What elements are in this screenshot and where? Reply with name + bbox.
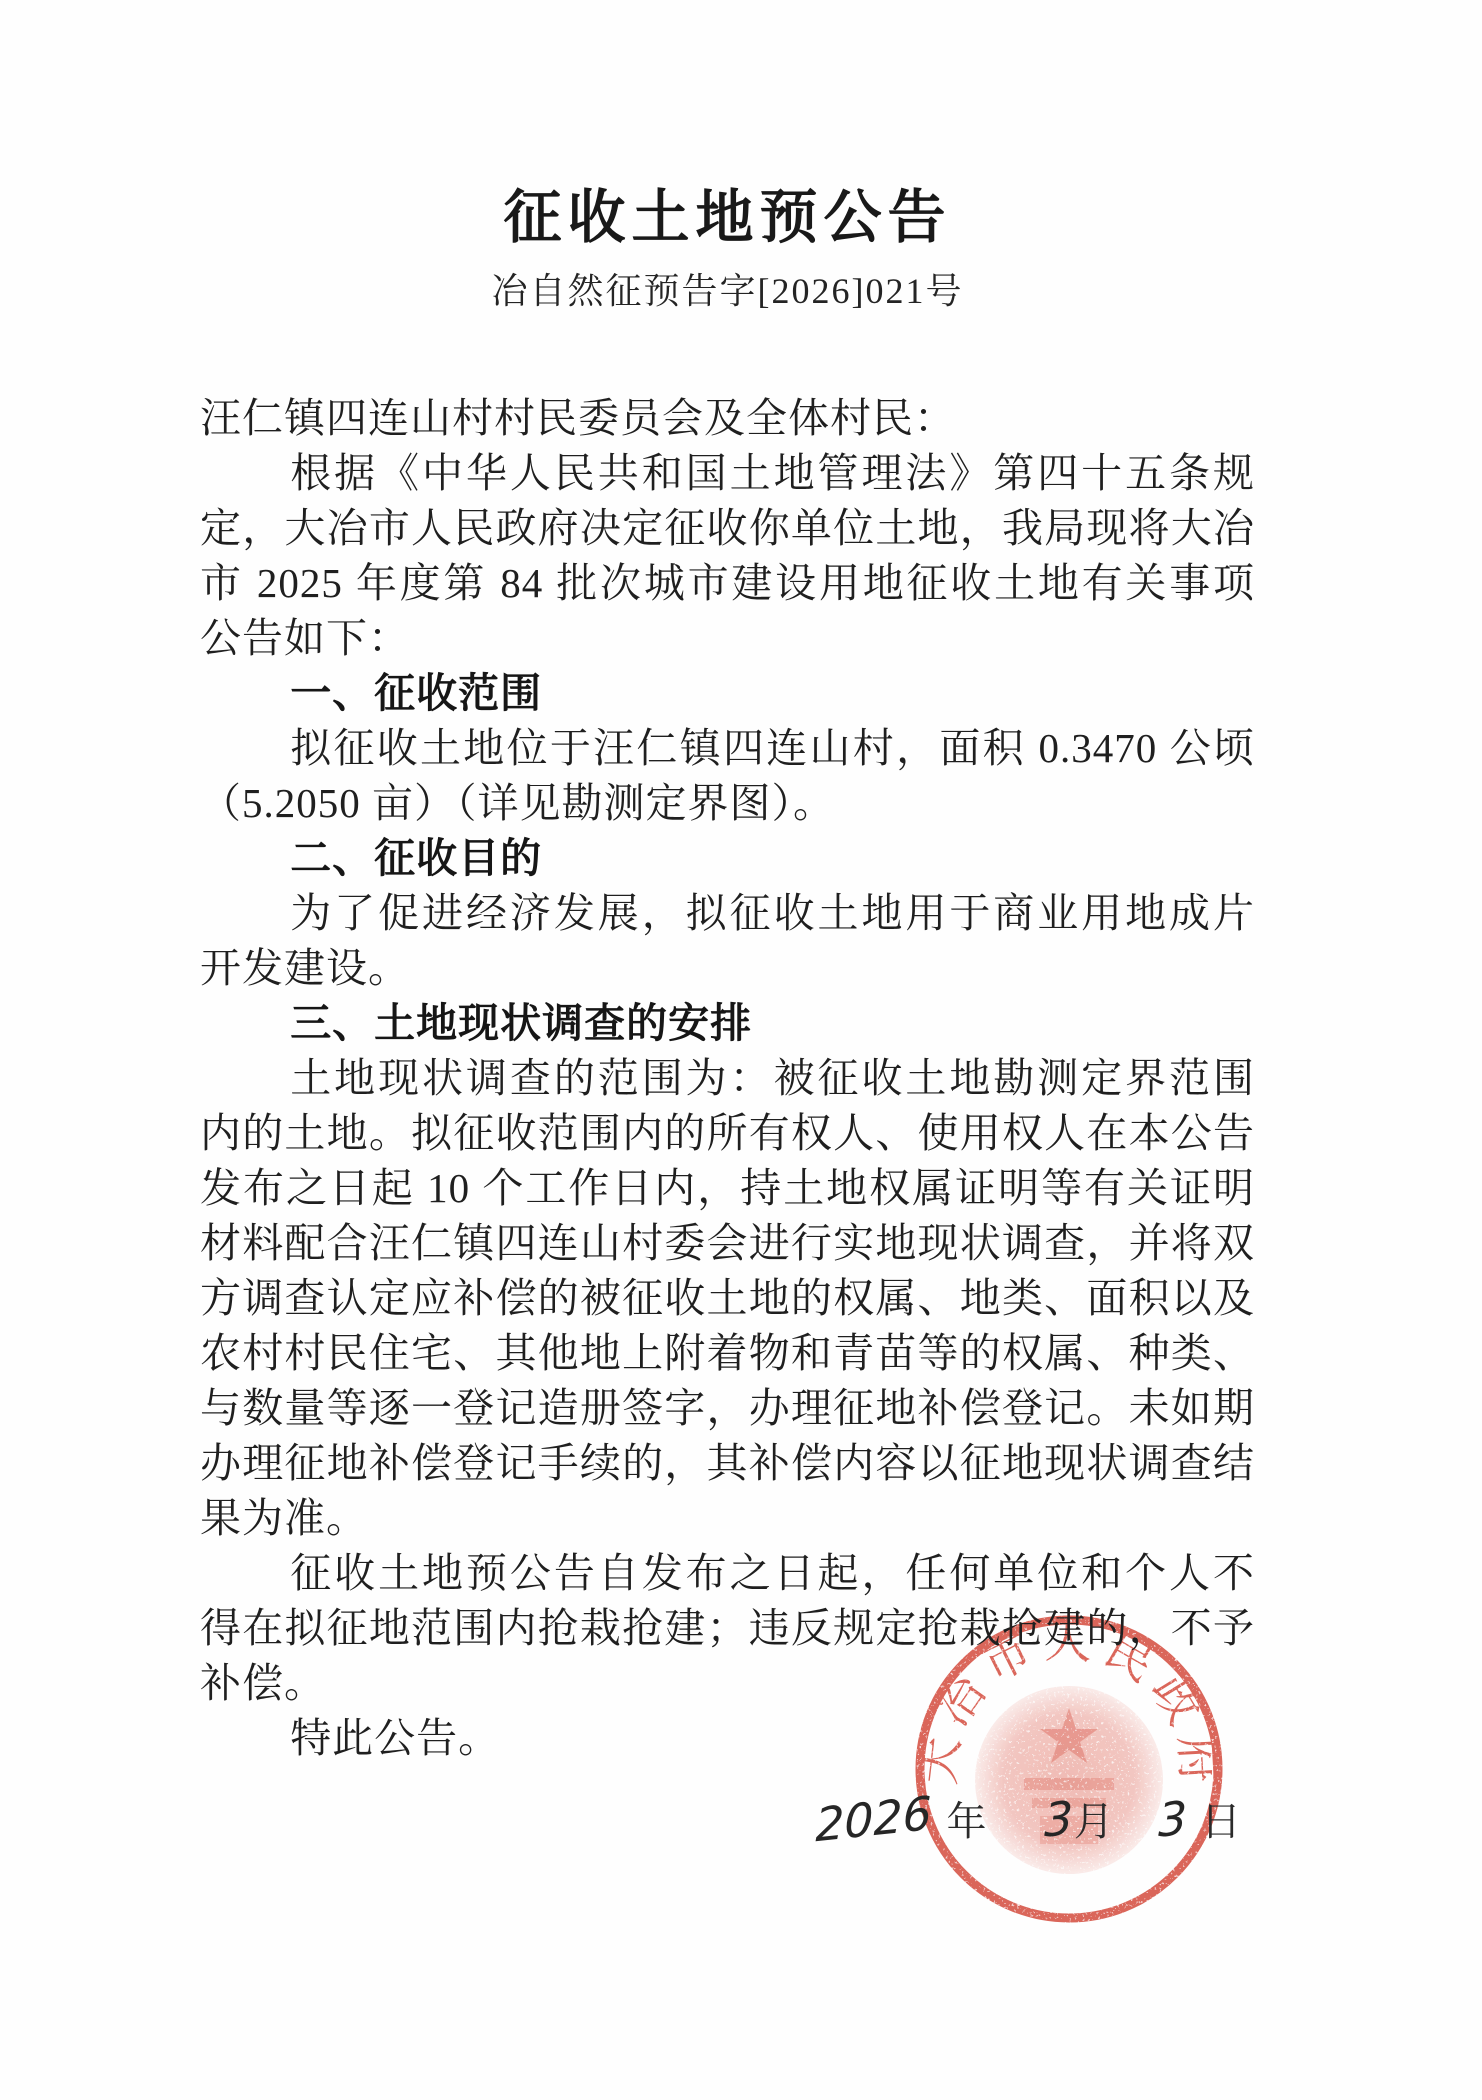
issue-date-day: 3 <box>1158 1790 1187 1847</box>
salutation: 汪仁镇四连山村村民委员会及全体村民： <box>200 391 1255 446</box>
document-body: 征收土地预公告 冶自然征预告字[2026]021号 汪仁镇四连山村村民委员会及全… <box>200 185 1255 1766</box>
issue-date-year: 2026 <box>816 1786 932 1853</box>
issue-date-month-label: 月 <box>1074 1790 1114 1847</box>
paragraph-prohibition: 征收土地预公告自发布之日起，任何单位和个人不得在拟征地范围内抢栽抢建；违反规定抢… <box>200 1546 1255 1711</box>
section-heading-scope: 一、征收范围 <box>200 666 1255 721</box>
document-number: 冶自然征预告字[2026]021号 <box>200 269 1255 313</box>
scanned-announcement-page: 征收土地预公告 冶自然征预告字[2026]021号 汪仁镇四连山村村民委员会及全… <box>0 0 1482 2100</box>
issue-date: 2026年3月3日 <box>200 1790 1255 1847</box>
announcement-text: 汪仁镇四连山村村民委员会及全体村民： 根据《中华人民共和国土地管理法》第四十五条… <box>200 391 1255 1766</box>
page-title: 征收土地预公告 <box>200 185 1255 251</box>
issue-date-day-label: 日 <box>1201 1790 1241 1847</box>
paragraph-basis: 根据《中华人民共和国土地管理法》第四十五条规定，大冶市人民政府决定征收你单位土地… <box>200 446 1255 666</box>
issue-date-month: 3 <box>1045 1790 1074 1847</box>
paragraph-closing: 特此公告。 <box>200 1711 1255 1766</box>
paragraph-scope: 拟征收土地位于汪仁镇四连山村，面积 0.3470 公顷（5.2050 亩）（详见… <box>200 721 1255 831</box>
issue-date-year-label: 年 <box>946 1790 986 1847</box>
section-heading-purpose: 二、征收目的 <box>200 831 1255 886</box>
section-heading-survey: 三、土地现状调查的安排 <box>200 996 1255 1051</box>
paragraph-survey: 土地现状调查的范围为：被征收土地勘测定界范围内的土地。拟征收范围内的所有权人、使… <box>200 1051 1255 1546</box>
paragraph-purpose: 为了促进经济发展，拟征收土地用于商业用地成片开发建设。 <box>200 886 1255 996</box>
